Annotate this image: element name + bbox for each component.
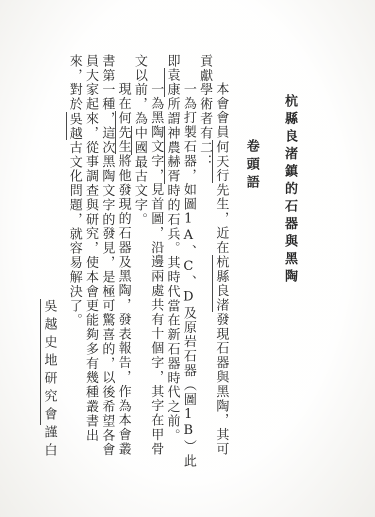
text-run: 最古文字。 [132,155,147,227]
proper-noun-marked-text: 中國 [131,126,147,155]
paragraph: 一為打製石器，如圖1A、C、D及原岩石器（圖1B）此即袁康所謂神農赫胥時的石兵。… [163,54,196,470]
vertical-text-area: 杭縣良渚鎮的石器與黑陶 卷頭語 本會會員何天行先生，近在杭縣良渚發現石器與黑陶，… [40,54,297,470]
text-run: 時的石兵。其時代當在新石器時代之前。 [165,184,180,443]
proper-noun-marked-text: 杭縣良渚 [212,255,228,313]
text-run: 一為黑陶文字，見首圖，沿邊兩處共有十個字，其字在甲骨文以前，為 [132,54,163,456]
proper-noun-marked-text: 袁康 [164,68,180,97]
text-run: 謹白 [41,425,56,461]
proper-noun-marked-text: 何先生 [115,111,131,154]
signature: 吳越史地研究會謹白 [40,54,56,470]
proper-noun-marked-text: 吳越 [66,112,82,141]
paragraphs-container: 本會會員何天行先生，近在杭縣良渚發現石器與黑陶，其可貢獻學術者有二：一為打製石器… [65,54,228,470]
text-run: 古文化問題，就容易解決了。 [67,140,82,327]
proper-noun-marked-text: 吳越史地研究會 [40,299,56,425]
text-run: 先生，近在 [213,183,228,255]
page-title: 杭縣良渚鎮的石器與黑陶 [281,54,297,470]
paragraph: 現在何先生將他發現的石器及黑陶，發表報告，作為本會叢書第一種，這次黑陶文字的發見… [65,54,130,470]
paragraph: 本會會員何天行先生，近在杭縣良渚發現石器與黑陶，其可貢獻學術者有二： [196,54,229,470]
section-heading: 卷頭語 [242,54,258,470]
proper-noun-marked-text: 神農赫胥 [164,126,180,184]
text-run: 本會會員 [213,82,228,140]
text-run: 所謂 [165,97,180,126]
proper-noun-marked-text: 何天行 [212,140,228,183]
text-run: 現在 [116,82,131,111]
scanned-book-page: 杭縣良渚鎮的石器與黑陶 卷頭語 本會會員何天行先生，近在杭縣良渚發現石器與黑陶，… [0,0,375,517]
paragraph: 一為黑陶文字，見首圖，沿邊兩處共有十個字，其字在甲骨文以前，為中國最古文字。 [131,54,164,470]
